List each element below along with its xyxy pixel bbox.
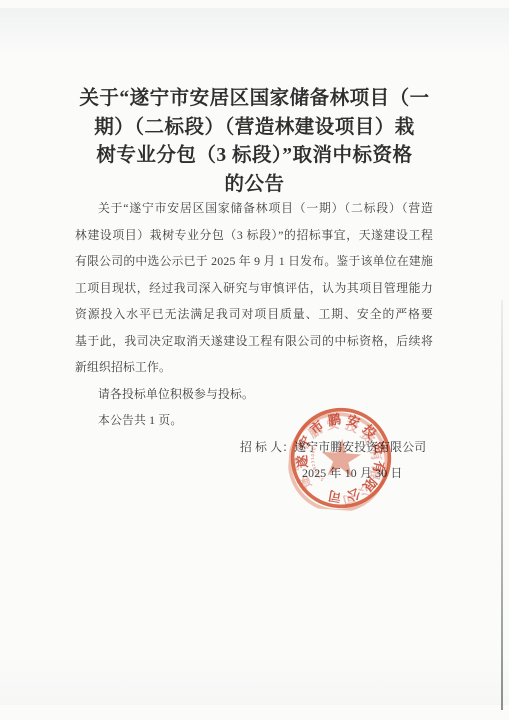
scan-artifact-bottom <box>0 655 509 705</box>
body-line: 新组织招标工作。 <box>75 354 433 381</box>
body-line: 资源投入水平已无法满足我司对项目质量、工期、安全的严格要求。 <box>75 301 433 328</box>
body-line: 有限公司的中选公示已于 2025 年 9 月 1 日发布。鉴于该单位在建施 <box>75 248 433 275</box>
body-line: 林建设项目）栽树专业分包（3 标段）”的招标事宜，天遂建设工程 <box>75 222 433 249</box>
body-line: 请各投标单位积极参与投标。 <box>75 381 433 408</box>
title-line: 关于“遂宁市安居区国家储备林项目（一 <box>0 85 509 114</box>
title-line: 树专业分包（3 标段）”取消中标资格 <box>0 142 509 171</box>
scan-artifact-right-edge <box>501 300 503 710</box>
announcement-title: 关于“遂宁市安居区国家储备林项目（一 期）（二标段）（营造林建设项目）栽 树专业… <box>0 85 509 199</box>
scan-artifact-top <box>0 8 509 56</box>
star-icon <box>320 437 362 477</box>
body-line: 工项目现状，经过我司深入研究与审慎评估，认为其项目管理能力及 <box>75 275 433 302</box>
title-line: 期）（二标段）（营造林建设项目）栽 <box>0 114 509 143</box>
body-line: 基于此，我司决定取消天遂建设工程有限公司的中标资格，后续将重 <box>75 328 433 355</box>
document-page: 关于“遂宁市安居区国家储备林项目（一 期）（二标段）（营造林建设项目）栽 树专业… <box>0 0 509 720</box>
official-seal: 遂宁市鹏安投资有限公司 遂宁市鹏安投资有限公司 5100923100077 <box>285 402 396 513</box>
body-line: 关于“遂宁市安居区国家储备林项目（一期）（二标段）（营造 <box>75 195 433 222</box>
